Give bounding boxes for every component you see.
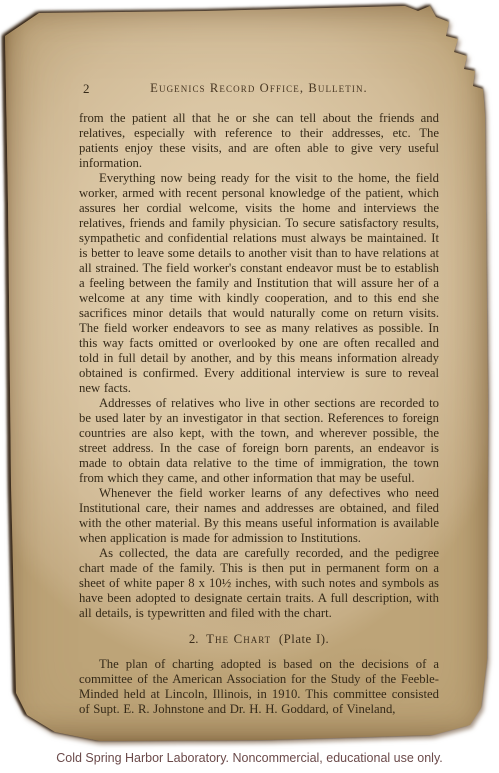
- body-text: from the patient all that he or she can …: [79, 111, 439, 717]
- section-number: 2.: [189, 632, 199, 646]
- section-plate-reference: (Plate I).: [279, 632, 329, 646]
- paragraph: Addresses of relatives who live in other…: [79, 396, 439, 486]
- scan-background: 2 Eugenics Record Office, Bulletin. from…: [0, 0, 499, 773]
- running-header: 2 Eugenics Record Office, Bulletin.: [79, 81, 439, 98]
- running-header-title: Eugenics Record Office, Bulletin.: [79, 81, 439, 96]
- book-page: 2 Eugenics Record Office, Bulletin. from…: [5, 5, 493, 746]
- page-shadow-wrap: 2 Eugenics Record Office, Bulletin. from…: [0, 0, 499, 773]
- page-number: 2: [83, 81, 90, 97]
- section-heading: 2. The Chart (Plate I).: [79, 632, 439, 647]
- paragraph: Everything now being ready for the visit…: [79, 171, 439, 396]
- section-title: The Chart: [206, 632, 271, 646]
- text-column: 2 Eugenics Record Office, Bulletin. from…: [79, 5, 439, 717]
- paragraph: The plan of charting adopted is based on…: [79, 657, 439, 717]
- paragraph: As collected, the data are carefully rec…: [79, 546, 439, 621]
- paragraph: Whenever the field worker learns of any …: [79, 486, 439, 546]
- paragraph: from the patient all that he or she can …: [79, 111, 439, 171]
- footer-attribution: Cold Spring Harbor Laboratory. Noncommer…: [0, 751, 499, 765]
